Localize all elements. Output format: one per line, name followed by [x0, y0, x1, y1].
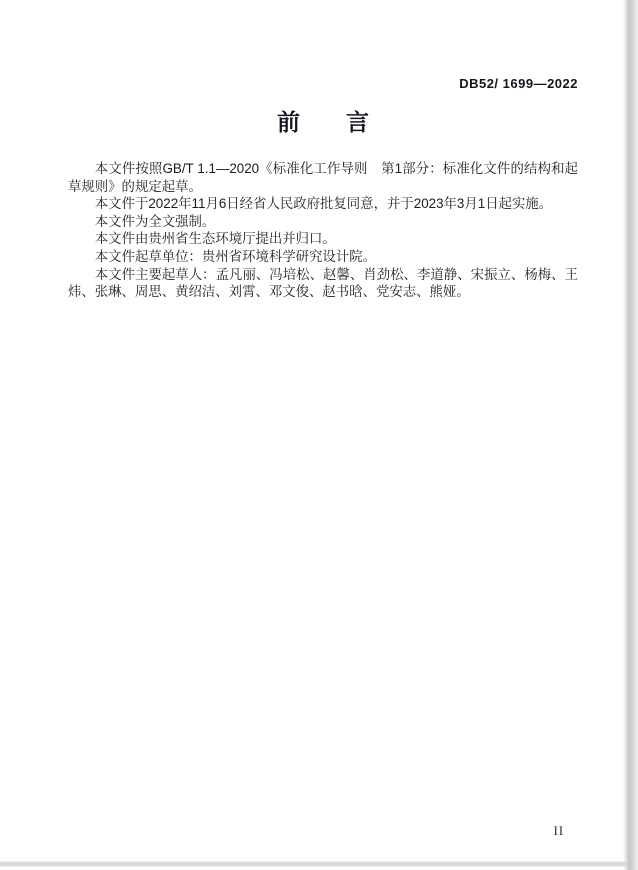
- page-number: II: [554, 824, 564, 839]
- paragraph-drafting-rules: 本文件按照GB/T 1.1—2020《标准化工作导则 第1部分：标准化文件的结构…: [68, 160, 578, 195]
- paragraph-approval-date: 本文件于2022年11月6日经省人民政府批复同意，并于2023年3月1日起实施。: [68, 195, 578, 213]
- page-title: 前 言: [68, 104, 578, 137]
- page-edge-right: [618, 0, 638, 870]
- standard-number: DB52/ 1699—2022: [459, 76, 578, 91]
- paragraph-drafting-organization: 本文件起草单位：贵州省环境科学研究设计院。: [68, 248, 578, 266]
- page-edge-bottom: [0, 861, 626, 867]
- foreword-body: 本文件按照GB/T 1.1—2020《标准化工作导则 第1部分：标准化文件的结构…: [68, 160, 578, 301]
- paragraph-mandatory: 本文件为全文强制。: [68, 213, 578, 231]
- paragraph-proposing-department: 本文件由贵州省生态环境厅提出并归口。: [68, 230, 578, 248]
- document-page: DB52/ 1699—2022 前 言 本文件按照GB/T 1.1—2020《标…: [0, 0, 638, 870]
- paragraph-drafters: 本文件主要起草人：孟凡丽、冯培松、赵馨、肖劲松、李道静、宋振立、杨梅、王炜、张琳…: [68, 266, 578, 301]
